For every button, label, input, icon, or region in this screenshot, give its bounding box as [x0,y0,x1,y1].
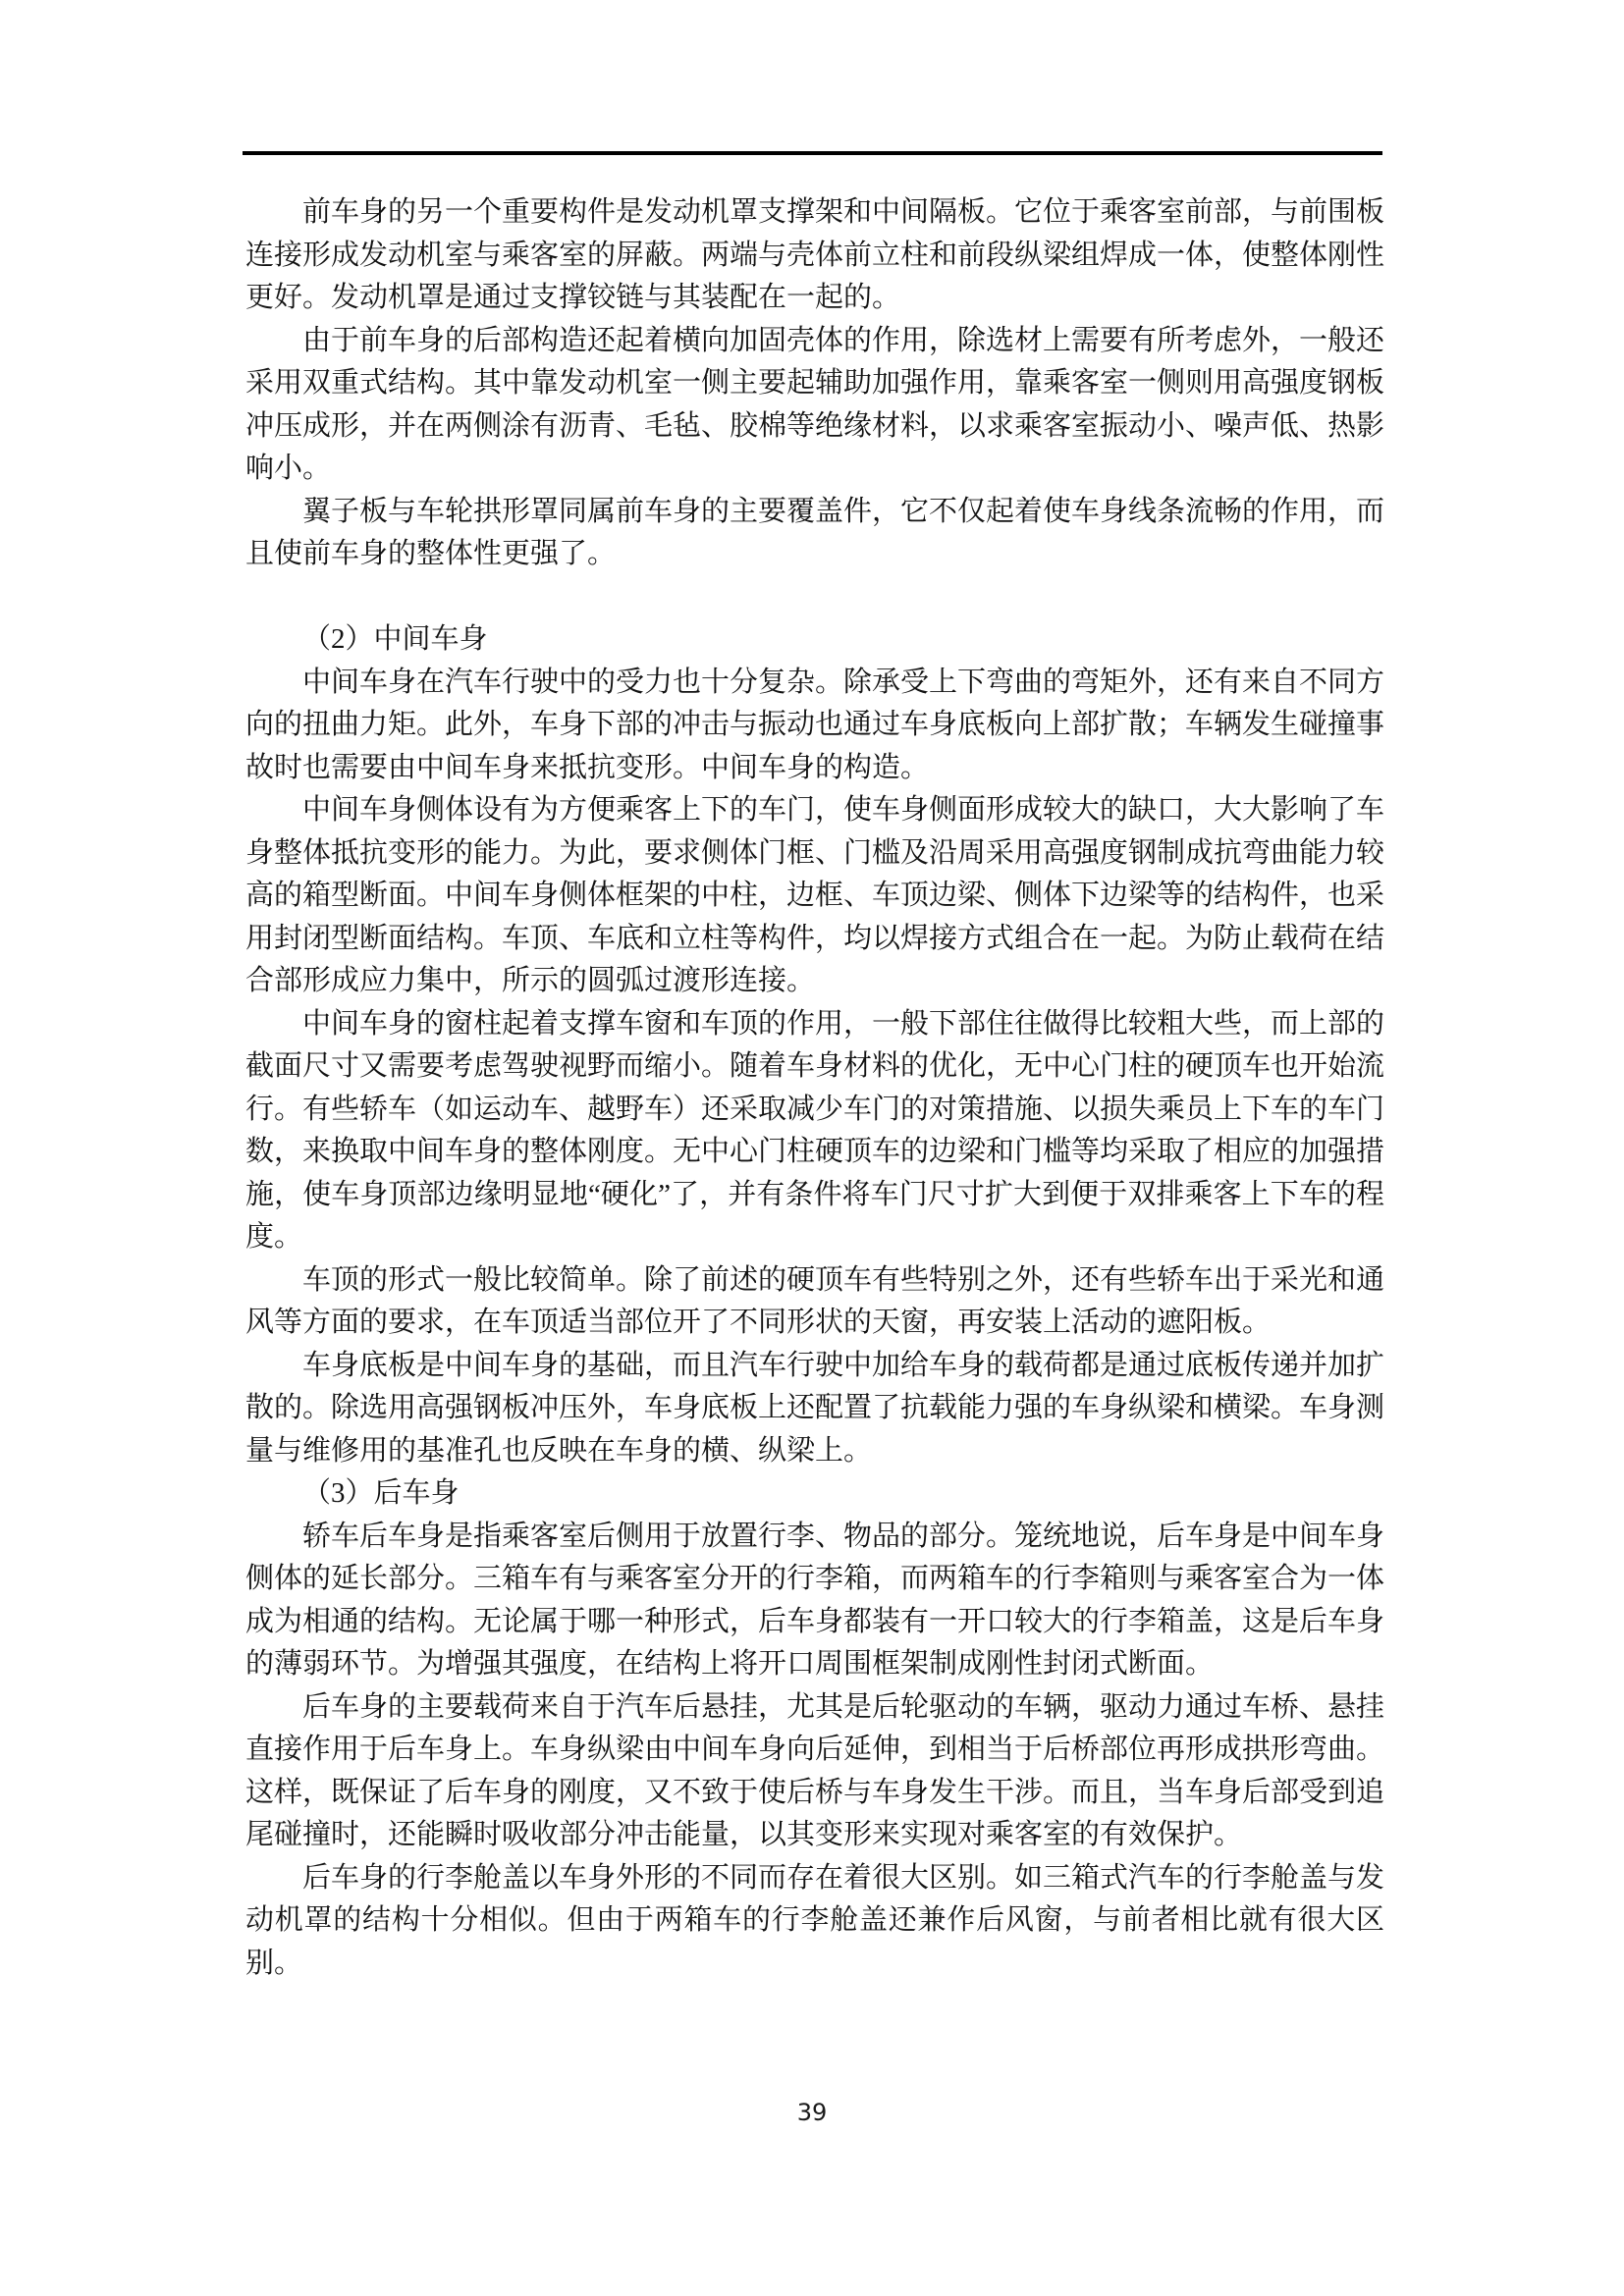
paragraph: 车顶的形式一般比较简单。除了前述的硬顶车有些特别之外，还有些轿车出于采光和通风等… [245,1259,1384,1345]
document-page: 前车身的另一个重要构件是发动机罩支撑架和中间隔板。它位于乘客室前部，与前围板连接… [0,0,1624,2296]
paragraph: 中间车身在汽车行驶中的受力也十分复杂。除承受上下弯曲的弯矩外，还有来自不同方向的… [245,662,1384,790]
paragraph: 前车身的另一个重要构件是发动机罩支撑架和中间隔板。它位于乘客室前部，与前围板连接… [245,191,1384,320]
body-text: 前车身的另一个重要构件是发动机罩支撑架和中间隔板。它位于乘客室前部，与前围板连接… [245,191,1384,1985]
page-number: 39 [0,2099,1624,2126]
paragraph: 由于前车身的后部构造还起着横向加固壳体的作用，除选材上需要有所考虑外，一般还采用… [245,320,1384,491]
paragraph: 翼子板与车轮拱形罩同属前车身的主要覆盖件，它不仅起着使车身线条流畅的作用，而且使… [245,491,1384,576]
section-heading: （2）中间车身 [245,618,1384,662]
paragraph: 中间车身侧体设有为方便乘客上下的车门，使车身侧面形成较大的缺口，大大影响了车身整… [245,789,1384,1003]
paragraph: 轿车后车身是指乘客室后侧用于放置行李、物品的部分。笼统地说，后车身是中间车身侧体… [245,1516,1384,1686]
header-rule [243,151,1382,155]
paragraph: 后车身的主要载荷来自于汽车后悬挂，尤其是后轮驱动的车辆，驱动力通过车桥、悬挂直接… [245,1686,1384,1857]
section-heading: （3）后车身 [245,1472,1384,1516]
blank-line [245,576,1384,619]
paragraph: 车身底板是中间车身的基础，而且汽车行驶中加给车身的载荷都是通过底板传递并加扩散的… [245,1345,1384,1473]
paragraph: 中间车身的窗柱起着支撑车窗和车顶的作用，一般下部住往做得比较粗大些，而上部的截面… [245,1003,1384,1259]
paragraph: 后车身的行李舱盖以车身外形的不同而存在着很大区别。如三箱式汽车的行李舱盖与发动机… [245,1857,1384,1986]
